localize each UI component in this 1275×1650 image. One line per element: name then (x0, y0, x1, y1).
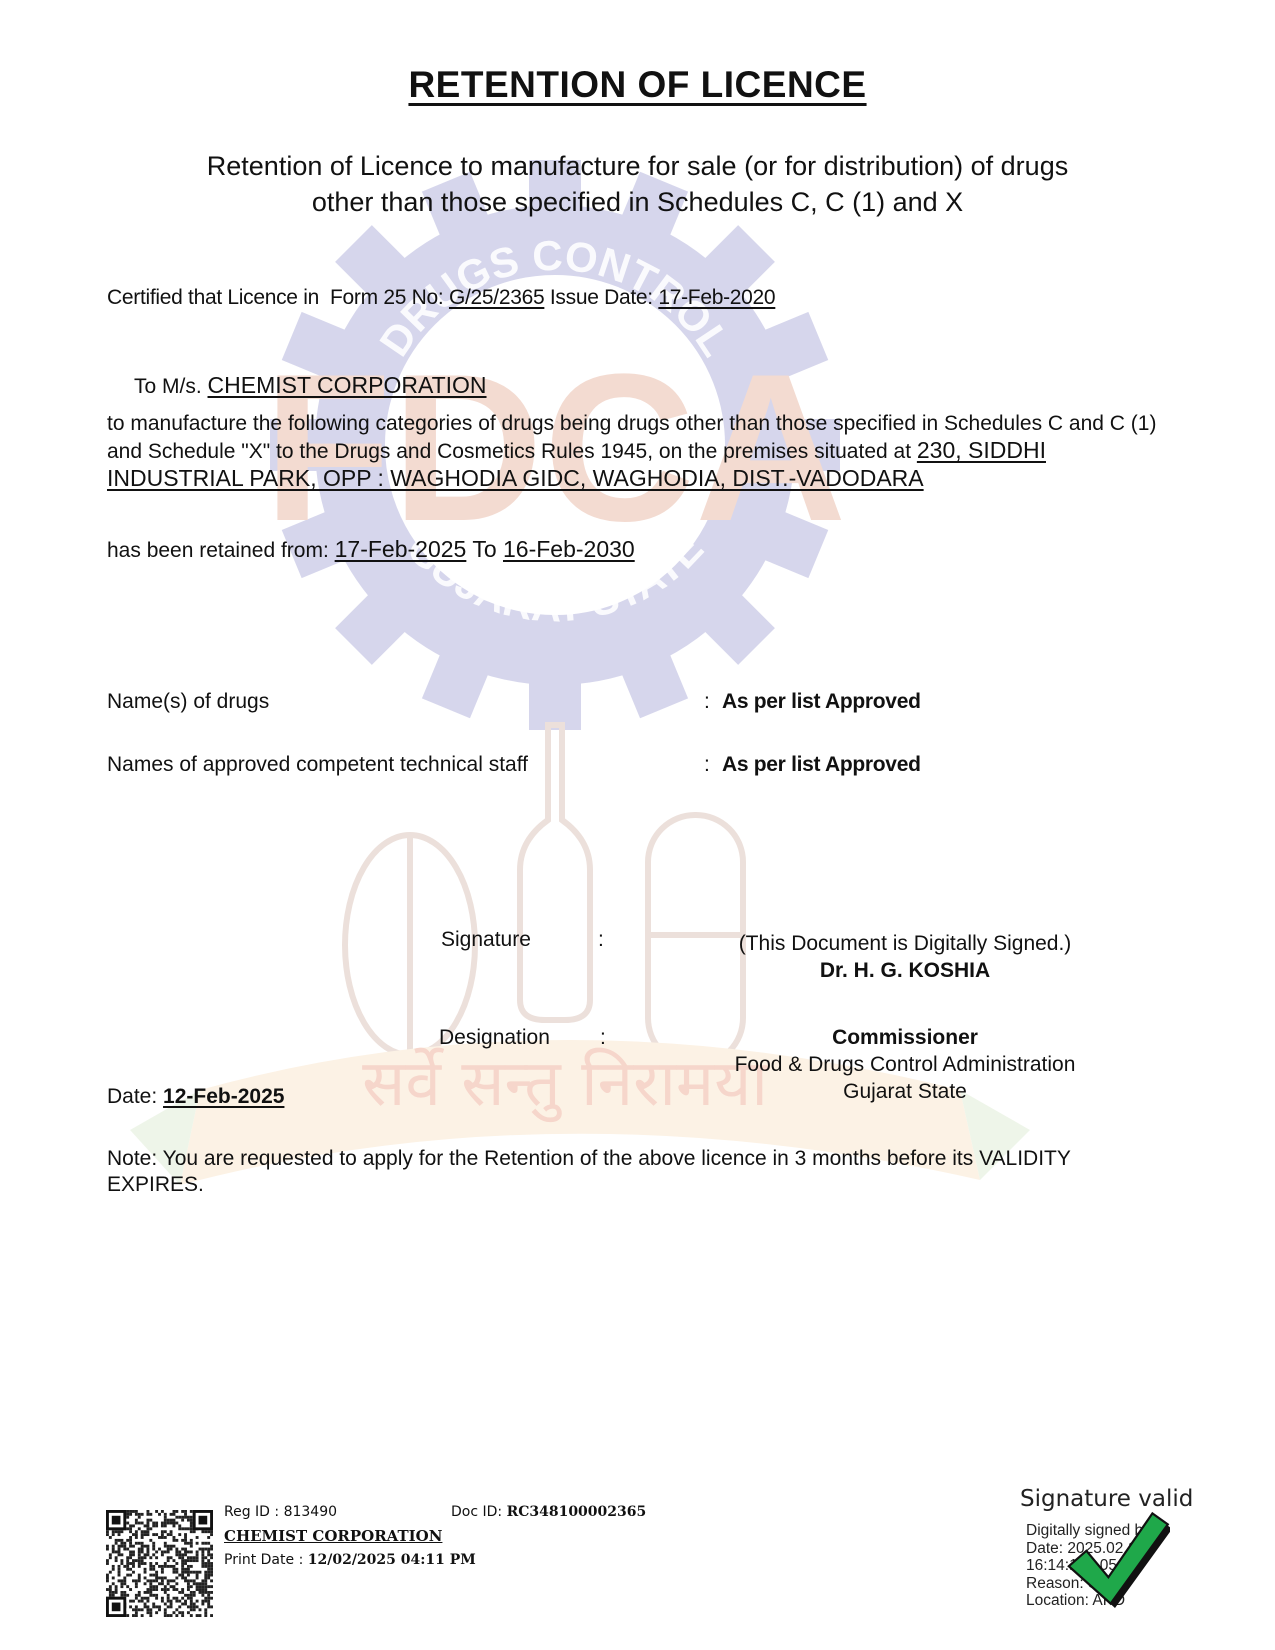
footer-company-name: CHEMIST CORPORATION (224, 1527, 442, 1545)
designation-label: Designation (439, 1026, 550, 1050)
designation-title: Commissioner (700, 1024, 1110, 1051)
signatory-name: Dr. H. G. KOSHIA (700, 957, 1110, 984)
signature-colon: : (598, 928, 604, 952)
addressee-line: To M/s. CHEMIST CORPORATION (134, 372, 487, 400)
retained-from-date: 17-Feb-2025 (335, 536, 467, 562)
doc-id: Doc ID: RC348100002365 (451, 1504, 646, 1520)
validity-note: Note: You are requested to apply for the… (107, 1146, 1107, 1198)
designation-colon: : (600, 1026, 606, 1050)
certified-licence-line: Certified that Licence in Form 25 No: G/… (107, 284, 775, 311)
drug-names-colon: : (704, 690, 710, 714)
technical-staff-label: Names of approved competent technical st… (107, 753, 528, 777)
print-date: Print Date : 12/02/2025 04:11 PM (224, 1552, 476, 1568)
manufacture-paragraph: to manufacture the following categories … (107, 410, 1167, 493)
signature-label: Signature (441, 928, 531, 952)
designation-block: Commissioner Food & Drugs Control Admini… (700, 1024, 1110, 1105)
designation-org: Food & Drugs Control Administration (700, 1051, 1110, 1078)
digitally-signed-note: (This Document is Digitally Signed.) (700, 930, 1110, 957)
technical-staff-value: As per list Approved (722, 753, 921, 777)
company-name: CHEMIST CORPORATION (208, 372, 487, 398)
document-subtitle: Retention of Licence to manufacture for … (100, 148, 1175, 220)
retention-period-line: has been retained from: 17-Feb-2025 To 1… (107, 536, 635, 564)
technical-staff-colon: : (704, 753, 710, 777)
checkmark-icon (1060, 1498, 1170, 1608)
signature-valid-stamp: Signature valid Digitally signed by Date… (1020, 1486, 1220, 1636)
document-date: 12-Feb-2025 (163, 1085, 284, 1108)
fdca-emblem-watermark: FDCA DRUGS CONTROL GUJARAT STATE सर्वे स… (0, 0, 1275, 1650)
designation-state: Gujarat State (700, 1078, 1110, 1105)
retained-to-date: 16-Feb-2030 (503, 536, 635, 562)
document-title: RETENTION OF LICENCE (0, 64, 1275, 106)
issue-date: 17-Feb-2020 (658, 286, 775, 309)
drug-names-value: As per list Approved (722, 690, 921, 714)
qr-code-icon (106, 1510, 213, 1617)
drug-names-label: Name(s) of drugs (107, 690, 269, 714)
licence-number: G/25/2365 (449, 286, 544, 309)
reg-id: Reg ID : 813490 (224, 1504, 337, 1520)
document-date-line: Date: 12-Feb-2025 (107, 1085, 284, 1109)
signature-block: (This Document is Digitally Signed.) Dr.… (700, 930, 1110, 984)
